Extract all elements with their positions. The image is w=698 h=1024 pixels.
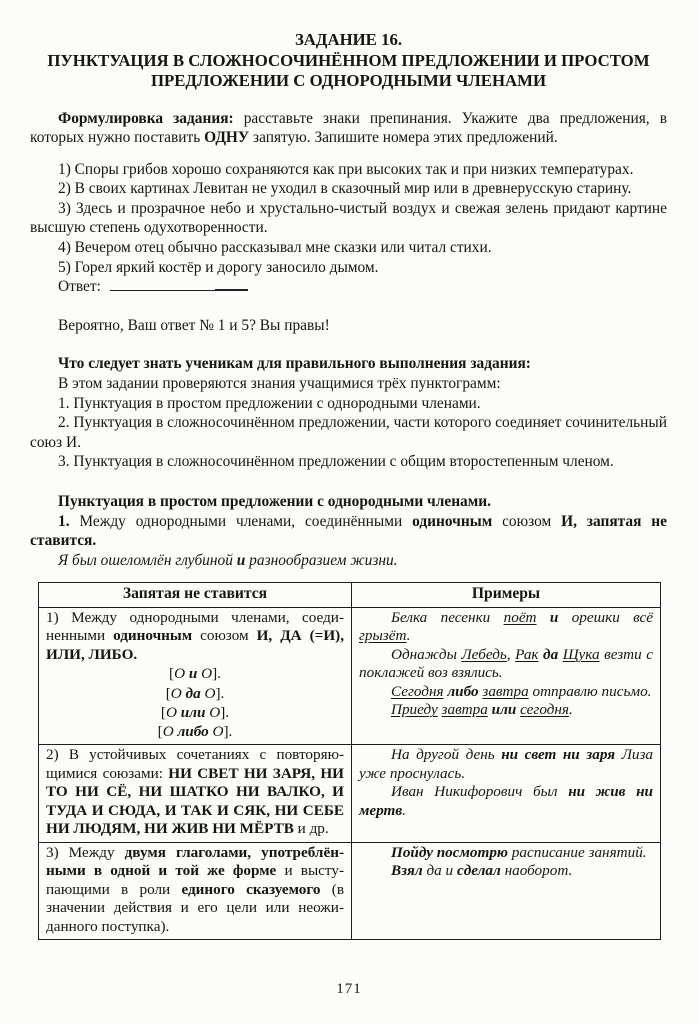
task-sentence-5: 5) Горел яркий костёр и дорогу заносило …	[30, 258, 667, 278]
answer-line: Ответ:	[30, 277, 667, 297]
task-sentence-1: 1) Споры грибов хорошо сохраняются как п…	[30, 160, 667, 180]
page-title-line-1: ПУНКТУАЦИЯ В СЛОЖНОСОЧИНЁННОМ ПРЕДЛОЖЕНИ…	[30, 51, 667, 72]
table-row-3: 3) Между двумя глаголами, употреблён­ным…	[39, 842, 661, 940]
rule-2-cell: 2) В устойчивых сочетаниях с повторяю­щи…	[39, 745, 352, 843]
rule-3-cell: 3) Между двумя глаголами, употреблён­ным…	[39, 842, 352, 940]
page-number: 171	[0, 980, 698, 1000]
rule-3-text: 3) Между двумя глаголами, употреблён­ным…	[46, 844, 344, 937]
rule-1-scheme-1: [О и О].	[46, 664, 344, 683]
example-1-3: Сегодня либо завтра отправлю пись­мо.	[359, 683, 653, 702]
rule-1-text: 1) Между однородными членами, соеди­ненн…	[46, 609, 344, 665]
textbook-page: ЗАДАНИЕ 16. ПУНКТУАЦИЯ В СЛОЖНОСОЧИНЁННО…	[0, 0, 698, 1024]
answer-blank-end-mark	[215, 277, 248, 291]
table-row-1: 1) Между однородными членами, соеди­ненн…	[39, 607, 661, 744]
task-formulation: Формулировка задания: расставьте знаки п…	[30, 109, 667, 148]
knowledge-intro: В этом задании проверяются знания учащим…	[30, 374, 667, 394]
example-1-2: Однажды Лебедь, Рак да Щука вез­ти с пок…	[359, 646, 653, 683]
example-1-1: Белка песенки поёт и орешки всё грызёт.	[359, 609, 653, 646]
rules-table: Запятая не ставится Примеры 1) Между одн…	[38, 582, 661, 940]
column-header-no-comma: Запятая не ставится	[39, 583, 352, 608]
punctogram-item-1: 1. Пунктуация в простом предложении с од…	[30, 394, 667, 414]
page-title-line-2: ПРЕДЛОЖЕНИИ С ОДНОРОДНЫМИ ЧЛЕНАМИ	[30, 71, 667, 92]
example-2-1: На другой день ни свет ни заря Лиза уже …	[359, 746, 653, 783]
rule-1-scheme-3: [О или О].	[46, 703, 344, 722]
task-sentence-2: 2) В своих картинах Левитан не уходил в …	[30, 179, 667, 199]
rule-1-cell: 1) Между однородными членами, соеди­ненн…	[39, 607, 352, 744]
examples-2-cell: На другой день ни свет ни заря Лиза уже …	[352, 745, 661, 843]
task-number-title: ЗАДАНИЕ 16.	[30, 30, 667, 51]
example-3-1: Пойду посмотрю расписание заня­тий.	[359, 844, 653, 863]
rule-example: Я был ошеломлён глубиной и разнообразием…	[30, 551, 667, 571]
punctogram-item-2: 2. Пунктуация в сложносочинённом предлож…	[30, 413, 667, 452]
examples-1-cell: Белка песенки поёт и орешки всё грызёт. …	[352, 607, 661, 744]
rule-text: 1. Между однородными членами, соединённы…	[30, 512, 667, 551]
answer-check-text: Вероятно, Ваш ответ № 1 и 5? Вы правы!	[30, 316, 667, 336]
example-1-4: Приеду завтра или сегодня.	[359, 701, 653, 720]
table-header-row: Запятая не ставится Примеры	[39, 583, 661, 608]
answer-label: Ответ:	[58, 278, 101, 295]
rule-2-text: 2) В устойчивых сочетаниях с повторяю­щи…	[46, 746, 344, 839]
rule-1-scheme-2: [О да О].	[46, 684, 344, 703]
column-header-examples: Примеры	[352, 583, 661, 608]
example-2-2: Иван Никифорович был ни жив ни мертв.	[359, 783, 653, 820]
task-sentence-3: 3) Здесь и прозрачное небо и хрустально-…	[30, 199, 667, 238]
punctogram-item-3: 3. Пунктуация в сложносочинённом предлож…	[30, 452, 667, 472]
rule-section-heading: Пунктуация в простом предложении с однор…	[30, 492, 667, 512]
examples-3-cell: Пойду посмотрю расписание заня­тий. Взял…	[352, 842, 661, 940]
rule-1-scheme-4: [О либо О].	[46, 722, 344, 741]
task-sentence-4: 4) Вечером отец обычно рассказывал мне с…	[30, 238, 667, 258]
task-sentences: 1) Споры грибов хорошо сохраняются как п…	[30, 160, 667, 297]
example-3-2: Взял да и сделал наоборот.	[359, 862, 653, 881]
page-heading: ЗАДАНИЕ 16. ПУНКТУАЦИЯ В СЛОЖНОСОЧИНЁННО…	[30, 30, 667, 92]
table-row-2: 2) В устойчивых сочетаниях с повторяю­щи…	[39, 745, 661, 843]
knowledge-heading: Что следует знать ученикам для правильно…	[30, 354, 667, 374]
